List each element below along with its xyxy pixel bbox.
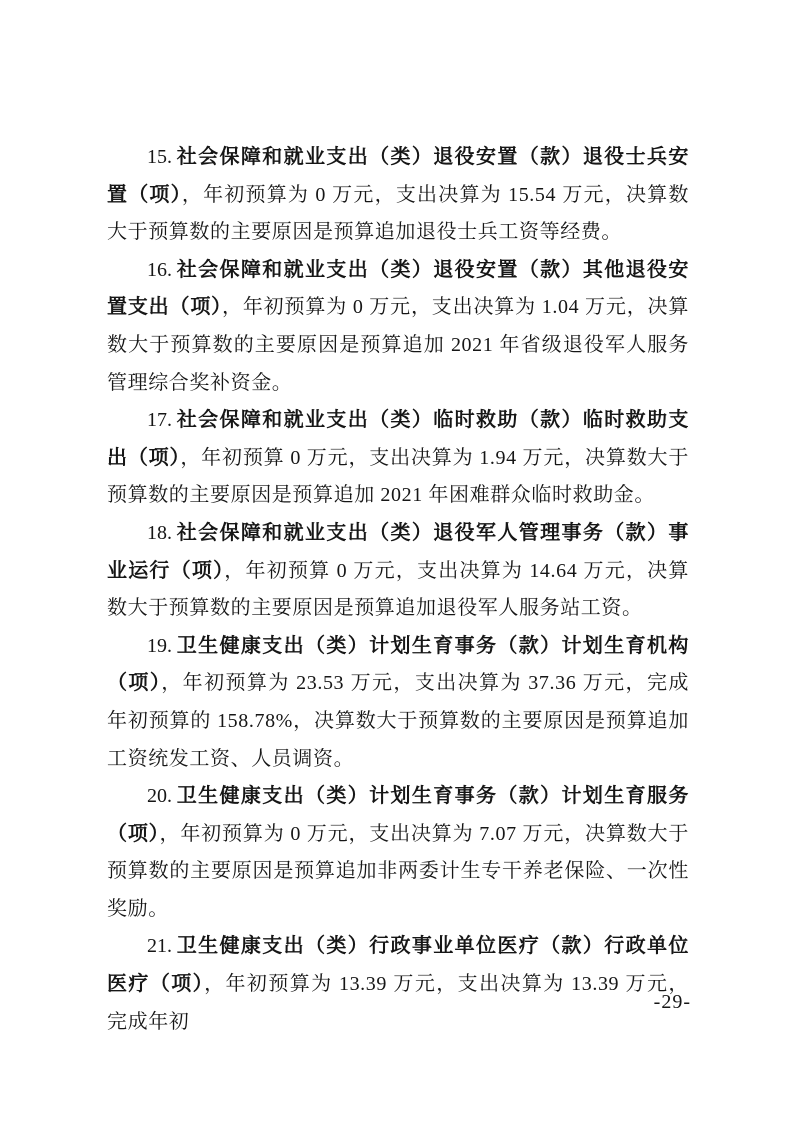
budget-item-paragraph-19: 19.卫生健康支出（类）计划生育事务（款）计划生育机构（项），年初预算为 23.… <box>107 628 689 778</box>
document-page: 15.社会保障和就业支出（类）退役安置（款）退役士兵安置（项），年初预算为 0 … <box>0 0 793 1122</box>
budget-item-paragraph-15: 15.社会保障和就业支出（类）退役安置（款）退役士兵安置（项），年初预算为 0 … <box>107 139 689 252</box>
item-number: 20. <box>147 785 172 807</box>
item-number: 21. <box>147 935 172 957</box>
budget-item-paragraph-17: 17.社会保障和就业支出（类）临时救助（款）临时救助支出（项），年初预算 0 万… <box>107 402 689 515</box>
item-body-text: ，年初预算为 23.53 万元，支出决算为 37.36 万元，完成年初预算的 1… <box>107 672 689 769</box>
item-number: 19. <box>147 635 172 657</box>
item-number: 18. <box>147 522 172 544</box>
item-number: 16. <box>147 259 172 281</box>
item-body-text: ，年初预算为 0 万元，支出决算为 15.54 万元，决算数大于预算数的主要原因… <box>107 184 689 244</box>
item-body-text: ，年初预算为 0 万元，支出决算为 7.07 万元，决算数大于预算数的主要原因是… <box>107 823 689 920</box>
budget-item-paragraph-18: 18.社会保障和就业支出（类）退役军人管理事务（款）事业运行（项），年初预算 0… <box>107 515 689 628</box>
budget-item-paragraph-20: 20.卫生健康支出（类）计划生育事务（款）计划生育服务（项），年初预算为 0 万… <box>107 778 689 928</box>
item-number: 15. <box>147 146 172 168</box>
document-body: 15.社会保障和就业支出（类）退役安置（款）退役士兵安置（项），年初预算为 0 … <box>107 139 689 1041</box>
budget-item-paragraph-21: 21.卫生健康支出（类）行政事业单位医疗（款）行政单位医疗（项），年初预算为 1… <box>107 928 689 1041</box>
item-body-text: ，年初预算 0 万元，支出决算为 1.94 万元，决算数大于预算数的主要原因是预… <box>107 447 689 507</box>
page-number: -29- <box>654 991 691 1014</box>
budget-item-paragraph-16: 16.社会保障和就业支出（类）退役安置（款）其他退役安置支出（项），年初预算为 … <box>107 252 689 402</box>
item-number: 17. <box>147 409 172 431</box>
